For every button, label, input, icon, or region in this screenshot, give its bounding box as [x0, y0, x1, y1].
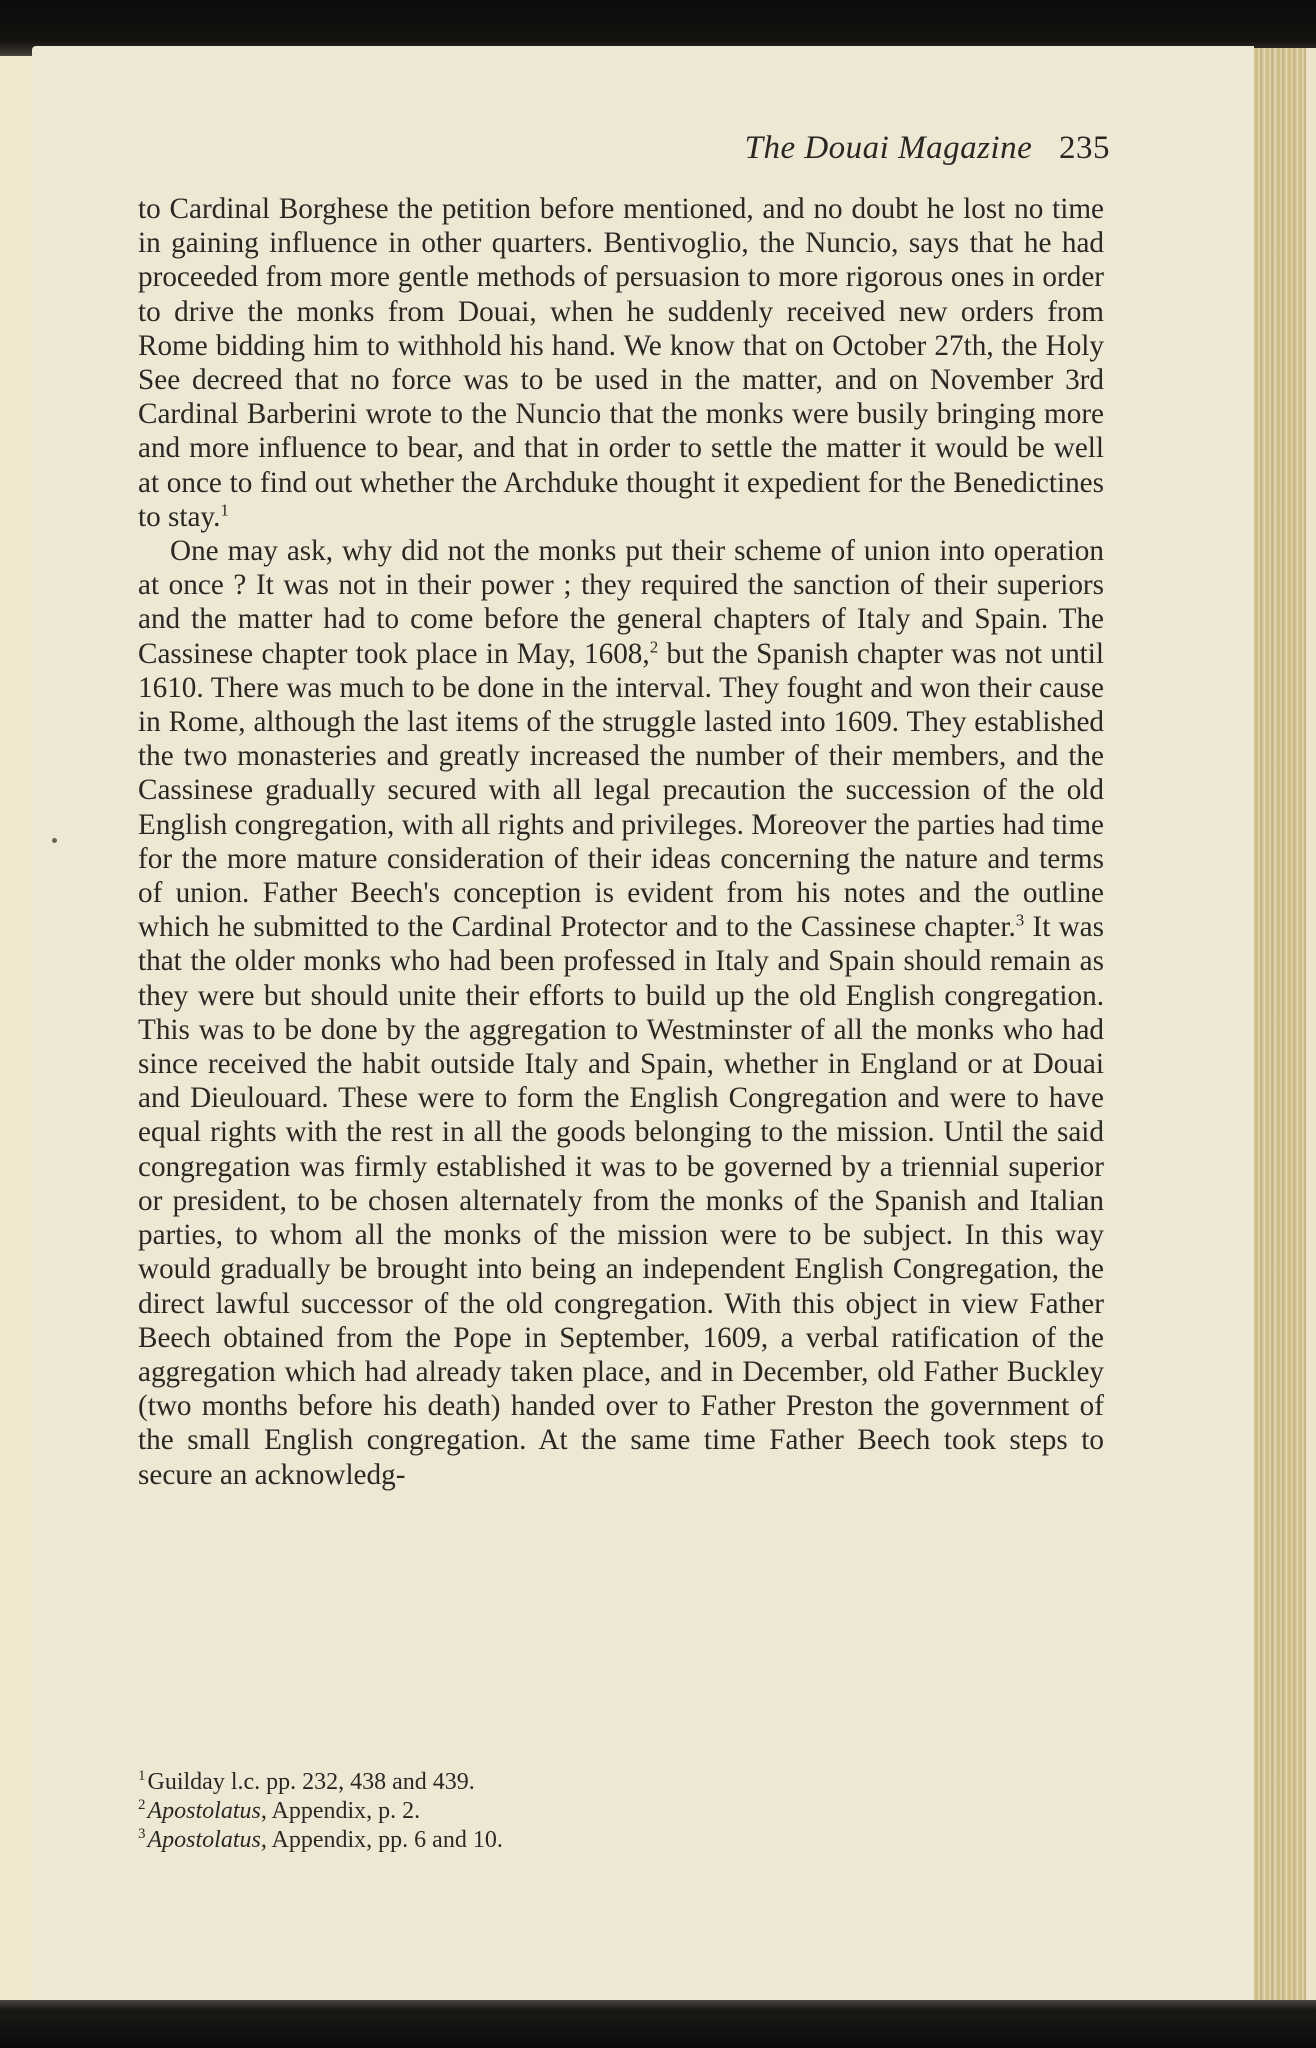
footnote-text: Guilday l.c. pp. 232, 438 and 439. — [148, 1769, 475, 1795]
paragraph-1: to Cardinal Borghese the petition before… — [138, 192, 1104, 534]
paragraph-text: but the Spanish chapter was not until 16… — [138, 638, 1104, 944]
book-cover-bottom — [0, 2000, 1316, 2048]
journal-title: The Douai Magazine — [745, 130, 1033, 166]
footnotes: 1Guilday l.c. pp. 232, 438 and 439. 2Apo… — [138, 1768, 1038, 1855]
footnote-text: , Appendix, p. 2. — [261, 1798, 420, 1824]
facing-page-edge — [0, 56, 34, 2004]
paragraph-text: It was that the older monks who had been… — [138, 911, 1104, 1490]
footnote-ref: 2 — [650, 637, 659, 656]
running-head: The Douai Magazine 235 — [700, 130, 1110, 167]
paragraph-text: to Cardinal Borghese the petition before… — [138, 193, 1104, 533]
footnote-ref: 1 — [220, 500, 229, 519]
footnote-source-title: Apostolatus — [148, 1827, 261, 1853]
page-number: 235 — [1059, 130, 1110, 166]
footnote-number: 2 — [138, 1797, 146, 1813]
paragraph-2: One may ask, why did not the monks put t… — [138, 534, 1104, 1492]
footnote-source-title: Apostolatus — [148, 1798, 261, 1824]
footnote-number: 3 — [138, 1826, 146, 1842]
footnote-1: 1Guilday l.c. pp. 232, 438 and 439. — [138, 1768, 1038, 1797]
footnote-ref: 3 — [1016, 911, 1025, 930]
footnote-text: , Appendix, pp. 6 and 10. — [261, 1827, 503, 1853]
footnote-3: 3Apostolatus, Appendix, pp. 6 and 10. — [138, 1826, 1038, 1855]
margin-dot-mark — [52, 838, 57, 843]
footnote-number: 1 — [138, 1768, 146, 1784]
body-text: to Cardinal Borghese the petition before… — [138, 192, 1104, 1492]
page-stack-edges — [1254, 48, 1316, 2008]
footnote-2: 2Apostolatus, Appendix, p. 2. — [138, 1797, 1038, 1826]
